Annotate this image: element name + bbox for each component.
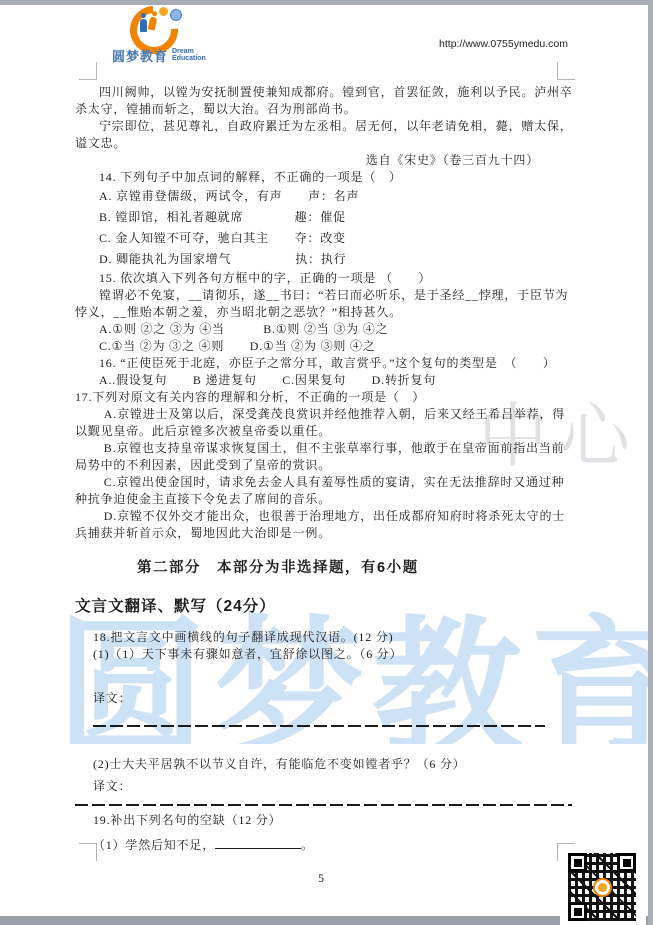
q18-item2: (2)士大夫平居孰不以节义自许，有能临危不变如镗者乎？（6 分） — [93, 756, 575, 773]
q19-stem: 19.补出下列名句的空缺（12 分） — [93, 812, 575, 829]
person-blue-icon — [140, 19, 147, 32]
q15-options-row2: C.①当 ②为 ③之 ④则 D.①当 ②为 ③则 ④之 — [75, 338, 575, 355]
q17-option-a: A.京镗进士及第以后，深受龚茂良赏识并经他推荐入朝，后来又经王希吕举荐，得以觐见… — [75, 406, 575, 440]
website-url: http://www.0755ymedu.com — [439, 38, 568, 50]
answer-dash-line-1 — [93, 725, 545, 727]
globe-icon — [170, 9, 182, 21]
qr-code — [560, 849, 646, 925]
document-page: 中心 圆梦教育 圆梦教育 Dream Education http://www.… — [0, 0, 653, 925]
viewer-top-edge — [0, 0, 653, 5]
viewer-bottom-edge — [0, 916, 653, 925]
q14-option-b: B. 镗即馆，相礼者趣就席 趣：催促 — [75, 207, 575, 228]
qr-finder-top-right — [617, 853, 636, 872]
q18-item1: (1)（1）天下事未有骤如意者，宜舒徐以图之。（6 分） — [93, 646, 575, 663]
q14-option-a: A. 京镗甫登儒级，两试令，有声 声：名声 — [75, 186, 575, 207]
q14-option-d: D. 卿能执礼为国家增气 执：执行 — [75, 249, 575, 270]
q18-block: 18.把文言文中画横线的句子翻译成现代汉语。(12 分) (1)（1）天下事未有… — [93, 629, 575, 854]
q18-yiwen1-label: 译文： — [93, 690, 575, 707]
q14-stem: 14. 下列句子中加点词的解释，不正确的一项是（ ） — [75, 169, 575, 186]
qr-pattern — [568, 853, 636, 921]
q18-yiwen2-label: 译文： — [93, 778, 575, 795]
page-number: 5 — [318, 871, 324, 886]
q15-options-row1: A.①则 ②之 ③为 ④当 B.①则 ②当 ③为 ④之 — [75, 321, 575, 338]
logo-swirl-dot-icon — [159, 7, 168, 16]
q15-body: 镗谓必不免宴，__请彻乐，遂__书曰：“若曰而必听乐，是于圣经__悖理，于臣节为… — [75, 287, 575, 321]
qr-finder-top-left — [568, 853, 587, 872]
q15-stem: 15. 依次填入下列各句方框中的字，正确的一项是 （ ） — [75, 270, 575, 287]
q19-item1-prefix: （1）学然后知不足， — [93, 838, 215, 852]
crop-mark-top-right — [557, 62, 575, 80]
answer-dash-line-2 — [75, 804, 572, 806]
q19-item1: （1）学然后知不足，。 — [93, 837, 575, 854]
logo-english-name: Dream Education — [172, 48, 206, 62]
section2-heading: 第二部分 本部分为非选择题，有6小题 — [137, 556, 575, 577]
section2-subheading: 文言文翻译、默写（24分） — [75, 594, 575, 616]
q16-stem: 16. “正使臣死于北庭，亦臣子之常分耳，敢言赏乎。”这个复句的类型是 （ ） — [75, 355, 575, 372]
q14-options: A. 京镗甫登儒级，两试令，有声 声：名声 B. 镗即馆，相礼者趣就席 趣：催促… — [75, 186, 575, 270]
q19-answer-blank — [215, 837, 301, 849]
q17-option-d: D.京镗不仅外交才能出众，也很善于治理地方，出任成都府知府时将杀死太守的士兵捕获… — [75, 508, 575, 542]
q19-item1-suffix: 。 — [301, 838, 314, 852]
passage-source: 选自《宋史》（卷三百九十四） — [75, 152, 575, 169]
q17-stem: 17.下列对原文有关内容的理解和分析，不正确的一项是（ ） — [75, 389, 575, 406]
q17-option-b: B.京镗也支持皇帝谋求恢复国土，但不主张草率行事，他敢于在皇帝面前指出当前局势中… — [75, 440, 575, 474]
passage-paragraph-2: 宁宗即位，甚见尊礼，自政府累迁为左丞相。居无何，以年老请免相，薨，赠太保，谥文忠… — [75, 118, 575, 152]
dream-education-logo: 圆梦教育 Dream Education — [112, 6, 207, 64]
viewer-right-edge — [648, 0, 653, 925]
qr-center-logo-icon — [593, 878, 612, 897]
q17-option-c: C.京镗出使金国时，请求免去金人具有羞辱性质的宴请，实在无法推辞时又通过种种抗争… — [75, 474, 575, 508]
q18-stem: 18.把文言文中画横线的句子翻译成现代汉语。(12 分) — [93, 629, 575, 646]
passage-paragraph-1: 四川阙帅，以镗为安抚制置使兼知成都府。镗到官，首罢征敛，施利以予民。泸州卒杀太守… — [75, 84, 575, 118]
document-body: 四川阙帅，以镗为安抚制置使兼知成都府。镗到官，首罢征敛，施利以予民。泸州卒杀太守… — [75, 84, 575, 854]
q16-options: A..假设复句 B 递进复句 C.因果复句 D.转折复句 — [75, 372, 575, 389]
qr-finder-bottom-left — [568, 902, 587, 921]
q14-option-c: C. 金人知镗不可夺，驰白其主 夺：改变 — [75, 228, 575, 249]
crop-mark-top-left — [79, 62, 97, 80]
logo-chinese-name: 圆梦教育 — [112, 46, 168, 65]
